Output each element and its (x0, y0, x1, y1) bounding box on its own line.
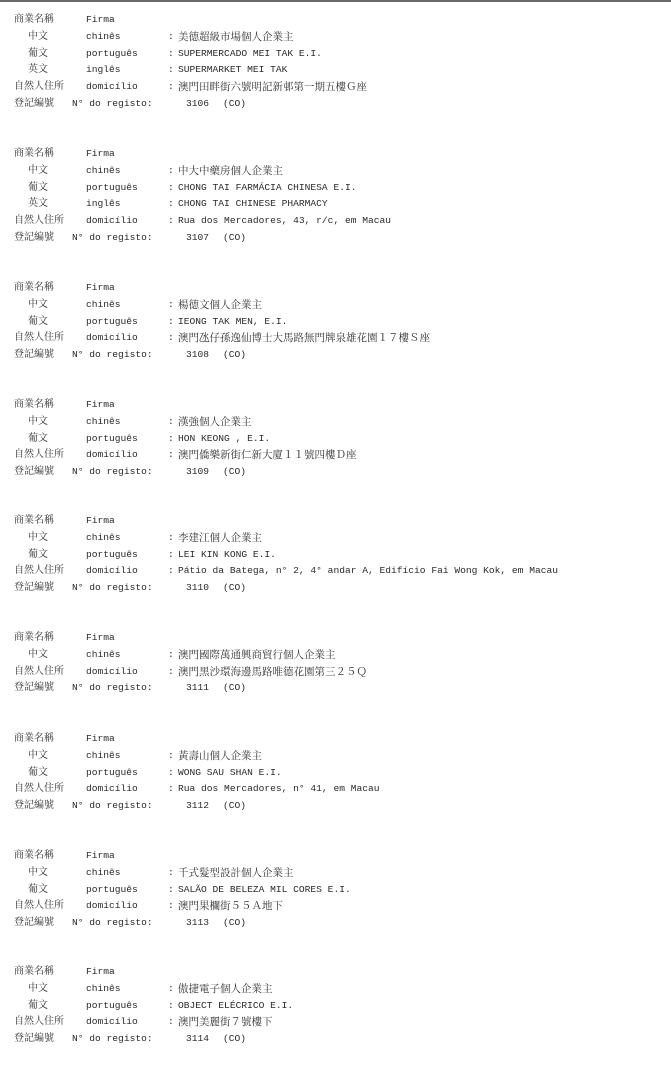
portuguese-name-row: 葡文 português : SUPERMERCADO MEI TAK E.I. (14, 46, 367, 63)
registry-number: 3114 (164, 1031, 209, 1048)
domicile-value: 澳門田畔街六號明記新邨第一期五樓Ｇ座 (178, 79, 367, 96)
firm-header-row: 商業名稱 Firma (14, 146, 391, 163)
label-chinese-zh: 中文 (14, 530, 86, 547)
colon: : (168, 431, 178, 448)
firm-header-row: 商業名稱 Firma (14, 12, 367, 29)
portuguese-name-row: 葡文 português : LEI KIN KONG E.I. (14, 547, 558, 564)
colon: : (168, 196, 178, 213)
chinese-name-value: 漢強個人企業主 (178, 414, 252, 431)
portuguese-name-value: SUPERMERCADO MEI TAK E.I. (178, 46, 322, 63)
label-chinese-zh: 中文 (14, 414, 86, 431)
label-portuguese-pt: português (86, 431, 168, 448)
label-domicile-zh: 自然人住所 (14, 563, 86, 580)
registry-row: 登記編號 N° do registo: 3110 (CO) (14, 580, 558, 597)
colon: : (168, 563, 178, 580)
label-domicile-zh: 自然人住所 (14, 447, 86, 464)
label-portuguese-zh: 葡文 (14, 46, 86, 63)
chinese-name-row: 中文 chinês : 傲捷電子個人企業主 (14, 981, 293, 998)
label-registry-pt: N° do registo: (72, 1031, 164, 1048)
registry-suffix: (CO) (209, 1031, 246, 1048)
chinese-name-row: 中文 chinês : 中大中藥房個人企業主 (14, 163, 391, 180)
colon: : (168, 998, 178, 1015)
label-chinese-zh: 中文 (14, 647, 86, 664)
chinese-name-row: 中文 chinês : 楊德文個人企業主 (14, 297, 430, 314)
label-portuguese-pt: português (86, 998, 168, 1015)
chinese-name-row: 中文 chinês : 黃壽山個人企業主 (14, 748, 380, 765)
label-chinese-zh: 中文 (14, 981, 86, 998)
domicile-value: 澳門氹仔孫逸仙博士大馬路無門牌泉雄花園１７樓Ｓ座 (178, 330, 430, 347)
colon: : (168, 297, 178, 314)
colon: : (168, 664, 178, 681)
label-firm-zh: 商業名稱 (14, 630, 86, 647)
registry-number: 3109 (164, 464, 209, 481)
label-domicile-pt: domicílio (86, 447, 168, 464)
portuguese-name-row: 葡文 português : CHONG TAI FARMÁCIA CHINES… (14, 180, 391, 197)
domicile-value: 澳門黑沙環海邊馬路唯德花園第三２５Ｑ (178, 664, 367, 681)
label-chinese-pt: chinês (86, 163, 168, 180)
colon: : (168, 781, 178, 798)
portuguese-name-value: HON KEONG , E.I. (178, 431, 270, 448)
portuguese-name-value: CHONG TAI FARMÁCIA CHINESA E.I. (178, 180, 356, 197)
colon: : (168, 180, 178, 197)
label-registry-pt: N° do registo: (72, 464, 164, 481)
colon: : (168, 898, 178, 915)
domicile-row: 自然人住所 domicílio : 澳門氹仔孫逸仙博士大馬路無門牌泉雄花園１７樓… (14, 330, 430, 347)
portuguese-name-row: 葡文 português : IEONG TAK MEN, E.I. (14, 314, 430, 331)
label-chinese-zh: 中文 (14, 163, 86, 180)
label-portuguese-pt: português (86, 765, 168, 782)
domicile-row: 自然人住所 domicílio : Rua dos Mercadores, n°… (14, 781, 380, 798)
chinese-name-value: 澳門國際萬通興商貿行個人企業主 (178, 647, 336, 664)
portuguese-name-value: IEONG TAK MEN, E.I. (178, 314, 287, 331)
colon: : (168, 314, 178, 331)
registry-entry: 商業名稱 Firma 中文 chinês : 千式髮型設計個人企業主 葡文 po… (14, 848, 351, 932)
colon: : (168, 765, 178, 782)
chinese-name-value: 千式髮型設計個人企業主 (178, 865, 294, 882)
english-name-value: CHONG TAI CHINESE PHARMACY (178, 196, 328, 213)
registry-number: 3108 (164, 347, 209, 364)
colon: : (168, 865, 178, 882)
label-registry-zh: 登記編號 (14, 464, 72, 481)
label-firm-zh: 商業名稱 (14, 731, 86, 748)
colon: : (168, 981, 178, 998)
label-portuguese-pt: português (86, 547, 168, 564)
registry-number: 3113 (164, 915, 209, 932)
registry-number: 3112 (164, 798, 209, 815)
label-chinese-pt: chinês (86, 297, 168, 314)
chinese-name-row: 中文 chinês : 澳門國際萬通興商貿行個人企業主 (14, 647, 367, 664)
registry-row: 登記編號 N° do registo: 3106 (CO) (14, 96, 367, 113)
label-firm-pt: Firma (86, 280, 168, 297)
label-firm-pt: Firma (86, 12, 168, 29)
registry-entry: 商業名稱 Firma 中文 chinês : 楊德文個人企業主 葡文 portu… (14, 280, 430, 364)
label-chinese-pt: chinês (86, 865, 168, 882)
domicile-row: 自然人住所 domicílio : 澳門美麗街７號樓下 (14, 1014, 293, 1031)
domicile-row: 自然人住所 domicílio : Pátio da Batega, n° 2,… (14, 563, 558, 580)
label-firm-zh: 商業名稱 (14, 848, 86, 865)
label-firm-zh: 商業名稱 (14, 964, 86, 981)
label-domicile-zh: 自然人住所 (14, 79, 86, 96)
colon: : (168, 447, 178, 464)
label-firm-pt: Firma (86, 397, 168, 414)
colon: : (168, 748, 178, 765)
firm-header-row: 商業名稱 Firma (14, 848, 351, 865)
label-firm-zh: 商業名稱 (14, 146, 86, 163)
portuguese-name-value: WONG SAU SHAN E.I. (178, 765, 282, 782)
label-portuguese-pt: português (86, 314, 168, 331)
label-registry-zh: 登記編號 (14, 915, 72, 932)
colon: : (168, 414, 178, 431)
domicile-value: Rua dos Mercadores, 43, r/c, em Macau (178, 213, 391, 230)
label-firm-zh: 商業名稱 (14, 513, 86, 530)
label-registry-pt: N° do registo: (72, 96, 164, 113)
colon: : (168, 1014, 178, 1031)
label-registry-pt: N° do registo: (72, 230, 164, 247)
label-portuguese-zh: 葡文 (14, 765, 86, 782)
chinese-name-value: 傲捷電子個人企業主 (178, 981, 273, 998)
registry-suffix: (CO) (209, 915, 246, 932)
label-domicile-zh: 自然人住所 (14, 213, 86, 230)
domicile-value: Pátio da Batega, n° 2, 4° andar A, Edifí… (178, 563, 558, 580)
chinese-name-row: 中文 chinês : 美德超級市場個人企業主 (14, 29, 367, 46)
label-chinese-zh: 中文 (14, 29, 86, 46)
label-chinese-pt: chinês (86, 414, 168, 431)
registry-suffix: (CO) (209, 580, 246, 597)
label-registry-zh: 登記編號 (14, 798, 72, 815)
firm-header-row: 商業名稱 Firma (14, 964, 293, 981)
domicile-value: 澳門果欄街５５Ａ地下 (178, 898, 283, 915)
label-domicile-pt: domicílio (86, 213, 168, 230)
registry-row: 登記編號 N° do registo: 3112 (CO) (14, 798, 380, 815)
colon: : (168, 547, 178, 564)
label-registry-zh: 登記編號 (14, 580, 72, 597)
domicile-row: 自然人住所 domicílio : 澳門僑樂新街仁新大廈１１號四樓Ｄ座 (14, 447, 357, 464)
firm-header-row: 商業名稱 Firma (14, 731, 380, 748)
label-domicile-pt: domicílio (86, 563, 168, 580)
label-firm-pt: Firma (86, 630, 168, 647)
firm-header-row: 商業名稱 Firma (14, 630, 367, 647)
label-registry-pt: N° do registo: (72, 915, 164, 932)
portuguese-name-row: 葡文 português : OBJECT ELÉCRICO E.I. (14, 998, 293, 1015)
registry-row: 登記編號 N° do registo: 3113 (CO) (14, 915, 351, 932)
label-english-zh: 英文 (14, 196, 86, 213)
registry-suffix: (CO) (209, 96, 246, 113)
registry-number: 3111 (164, 680, 209, 697)
colon: : (168, 29, 178, 46)
label-domicile-pt: domicílio (86, 781, 168, 798)
portuguese-name-row: 葡文 português : SALÃO DE BELEZA MIL CORES… (14, 882, 351, 899)
firm-header-row: 商業名稱 Firma (14, 397, 357, 414)
registry-number: 3107 (164, 230, 209, 247)
registry-entry: 商業名稱 Firma 中文 chinês : 澳門國際萬通興商貿行個人企業主 自… (14, 630, 367, 697)
label-portuguese-zh: 葡文 (14, 882, 86, 899)
chinese-name-row: 中文 chinês : 漢強個人企業主 (14, 414, 357, 431)
label-english-pt: inglês (86, 62, 168, 79)
label-registry-zh: 登記編號 (14, 347, 72, 364)
label-firm-pt: Firma (86, 146, 168, 163)
english-name-value: SUPERMARKET MEI TAK (178, 62, 287, 79)
label-chinese-pt: chinês (86, 29, 168, 46)
colon: : (168, 647, 178, 664)
label-firm-zh: 商業名稱 (14, 12, 86, 29)
label-domicile-pt: domicílio (86, 330, 168, 347)
label-firm-pt: Firma (86, 731, 168, 748)
portuguese-name-row: 葡文 português : WONG SAU SHAN E.I. (14, 765, 380, 782)
portuguese-name-row: 葡文 português : HON KEONG , E.I. (14, 431, 357, 448)
registry-suffix: (CO) (209, 680, 246, 697)
label-registry-zh: 登記編號 (14, 1031, 72, 1048)
domicile-value: Rua dos Mercadores, n° 41, em Macau (178, 781, 380, 798)
registry-entry: 商業名稱 Firma 中文 chinês : 漢強個人企業主 葡文 portug… (14, 397, 357, 481)
registry-row: 登記編號 N° do registo: 3114 (CO) (14, 1031, 293, 1048)
label-english-pt: inglês (86, 196, 168, 213)
chinese-name-value: 中大中藥房個人企業主 (178, 163, 283, 180)
label-registry-zh: 登記編號 (14, 230, 72, 247)
registry-row: 登記編號 N° do registo: 3109 (CO) (14, 464, 357, 481)
registry-number: 3106 (164, 96, 209, 113)
label-registry-pt: N° do registo: (72, 798, 164, 815)
colon: : (168, 163, 178, 180)
registry-entry: 商業名稱 Firma 中文 chinês : 李建江個人企業主 葡文 portu… (14, 513, 558, 597)
english-name-row: 英文 inglês : CHONG TAI CHINESE PHARMACY (14, 196, 391, 213)
portuguese-name-value: OBJECT ELÉCRICO E.I. (178, 998, 293, 1015)
colon: : (168, 882, 178, 899)
label-chinese-zh: 中文 (14, 865, 86, 882)
label-firm-pt: Firma (86, 964, 168, 981)
firm-header-row: 商業名稱 Firma (14, 280, 430, 297)
colon: : (168, 213, 178, 230)
label-chinese-zh: 中文 (14, 297, 86, 314)
portuguese-name-value: SALÃO DE BELEZA MIL CORES E.I. (178, 882, 351, 899)
label-chinese-pt: chinês (86, 530, 168, 547)
label-chinese-pt: chinês (86, 981, 168, 998)
colon: : (168, 46, 178, 63)
chinese-name-row: 中文 chinês : 千式髮型設計個人企業主 (14, 865, 351, 882)
label-portuguese-zh: 葡文 (14, 180, 86, 197)
bleed-through-text (430, 12, 660, 242)
registry-row: 登記編號 N° do registo: 3108 (CO) (14, 347, 430, 364)
page-top-border (0, 0, 671, 2)
registry-entry: 商業名稱 Firma 中文 chinês : 中大中藥房個人企業主 葡文 por… (14, 146, 391, 247)
label-domicile-pt: domicílio (86, 1014, 168, 1031)
firm-header-row: 商業名稱 Firma (14, 513, 558, 530)
label-portuguese-zh: 葡文 (14, 998, 86, 1015)
label-registry-pt: N° do registo: (72, 680, 164, 697)
label-registry-pt: N° do registo: (72, 580, 164, 597)
registry-row: 登記編號 N° do registo: 3107 (CO) (14, 230, 391, 247)
label-portuguese-pt: português (86, 46, 168, 63)
domicile-row: 自然人住所 domicílio : Rua dos Mercadores, 43… (14, 213, 391, 230)
registry-number: 3110 (164, 580, 209, 597)
label-domicile-zh: 自然人住所 (14, 664, 86, 681)
label-registry-pt: N° do registo: (72, 347, 164, 364)
label-portuguese-zh: 葡文 (14, 431, 86, 448)
label-portuguese-zh: 葡文 (14, 314, 86, 331)
label-domicile-pt: domicílio (86, 898, 168, 915)
chinese-name-value: 李建江個人企業主 (178, 530, 262, 547)
registry-entry: 商業名稱 Firma 中文 chinês : 黃壽山個人企業主 葡文 portu… (14, 731, 380, 815)
label-portuguese-pt: português (86, 882, 168, 899)
label-registry-zh: 登記編號 (14, 680, 72, 697)
label-portuguese-pt: português (86, 180, 168, 197)
domicile-row: 自然人住所 domicílio : 澳門田畔街六號明記新邨第一期五樓Ｇ座 (14, 79, 367, 96)
domicile-row: 自然人住所 domicílio : 澳門黑沙環海邊馬路唯德花園第三２５Ｑ (14, 664, 367, 681)
label-firm-pt: Firma (86, 848, 168, 865)
label-chinese-pt: chinês (86, 748, 168, 765)
domicile-value: 澳門僑樂新街仁新大廈１１號四樓Ｄ座 (178, 447, 357, 464)
label-domicile-zh: 自然人住所 (14, 898, 86, 915)
english-name-row: 英文 inglês : SUPERMARKET MEI TAK (14, 62, 367, 79)
label-domicile-zh: 自然人住所 (14, 1014, 86, 1031)
colon: : (168, 62, 178, 79)
label-domicile-zh: 自然人住所 (14, 330, 86, 347)
registry-entry: 商業名稱 Firma 中文 chinês : 美德超級市場個人企業主 葡文 po… (14, 12, 367, 113)
domicile-value: 澳門美麗街７號樓下 (178, 1014, 273, 1031)
label-domicile-pt: domicílio (86, 79, 168, 96)
registry-suffix: (CO) (209, 464, 246, 481)
label-portuguese-zh: 葡文 (14, 547, 86, 564)
domicile-row: 自然人住所 domicílio : 澳門果欄街５５Ａ地下 (14, 898, 351, 915)
chinese-name-value: 黃壽山個人企業主 (178, 748, 262, 765)
label-domicile-zh: 自然人住所 (14, 781, 86, 798)
label-chinese-zh: 中文 (14, 748, 86, 765)
label-domicile-pt: domicílio (86, 664, 168, 681)
colon: : (168, 330, 178, 347)
registry-suffix: (CO) (209, 230, 246, 247)
registry-suffix: (CO) (209, 798, 246, 815)
chinese-name-value: 楊德文個人企業主 (178, 297, 262, 314)
colon: : (168, 79, 178, 96)
chinese-name-row: 中文 chinês : 李建江個人企業主 (14, 530, 558, 547)
label-english-zh: 英文 (14, 62, 86, 79)
registry-row: 登記編號 N° do registo: 3111 (CO) (14, 680, 367, 697)
colon: : (168, 530, 178, 547)
portuguese-name-value: LEI KIN KONG E.I. (178, 547, 276, 564)
registry-entry: 商業名稱 Firma 中文 chinês : 傲捷電子個人企業主 葡文 port… (14, 964, 293, 1048)
label-firm-zh: 商業名稱 (14, 280, 86, 297)
label-chinese-pt: chinês (86, 647, 168, 664)
label-firm-zh: 商業名稱 (14, 397, 86, 414)
chinese-name-value: 美德超級市場個人企業主 (178, 29, 294, 46)
label-registry-zh: 登記編號 (14, 96, 72, 113)
label-firm-pt: Firma (86, 513, 168, 530)
registry-suffix: (CO) (209, 347, 246, 364)
